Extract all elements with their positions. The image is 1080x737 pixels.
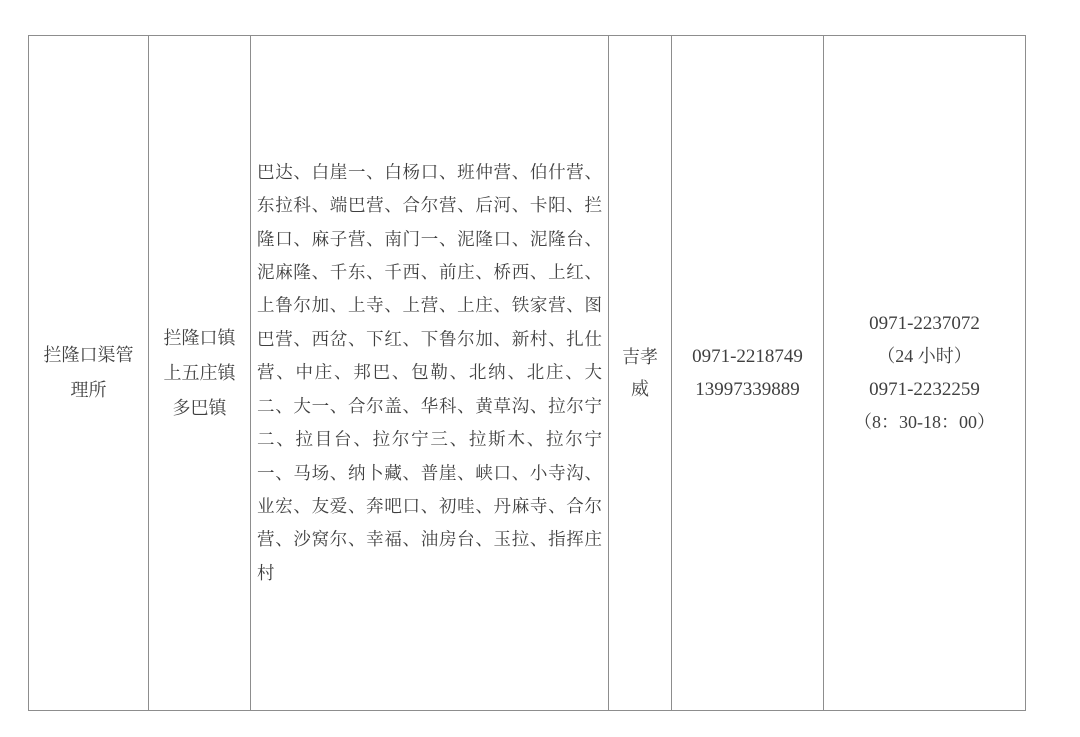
cell-towns: 拦隆口镇 上五庄镇 多巴镇 [149,36,251,711]
villages-list: 巴达、白崖一、白杨口、班仲营、伯什营、东拉科、端巴营、合尔营、后河、卡阳、拦隆口… [257,156,602,590]
hotline-number-daytime: 0971-2232259 [832,373,1017,406]
cell-office: 拦隆口渠管理所 [29,36,149,711]
contact-name: 吉孝威 [615,341,665,405]
table-row: 拦隆口渠管理所 拦隆口镇 上五庄镇 多巴镇 巴达、白崖一、白杨口、班仲营、伯什营… [29,36,1026,711]
cell-phones: 0971-2218749 13997339889 [672,36,824,711]
office-name: 拦隆口渠管理所 [39,338,138,408]
hotline-number-24h: 0971-2237072 [832,307,1017,340]
cell-contact-name: 吉孝威 [609,36,672,711]
document-page: 拦隆口渠管理所 拦隆口镇 上五庄镇 多巴镇 巴达、白崖一、白杨口、班仲营、伯什营… [0,0,1080,737]
phone-number-office: 0971-2218749 [680,340,815,373]
contact-table: 拦隆口渠管理所 拦隆口镇 上五庄镇 多巴镇 巴达、白崖一、白杨口、班仲营、伯什营… [28,35,1026,711]
cell-service-hotlines: 0971-2237072 （24 小时） 0971-2232259 （8：30-… [824,36,1026,711]
town-name: 多巴镇 [157,391,242,426]
hotline-hours-daytime: （8：30-18：00） [832,406,1017,439]
town-name: 拦隆口镇 [157,321,242,356]
hotline-hours-24h: （24 小时） [832,340,1017,373]
cell-villages: 巴达、白崖一、白杨口、班仲营、伯什营、东拉科、端巴营、合尔营、后河、卡阳、拦隆口… [251,36,609,711]
phone-number-mobile: 13997339889 [680,373,815,406]
town-name: 上五庄镇 [157,356,242,391]
